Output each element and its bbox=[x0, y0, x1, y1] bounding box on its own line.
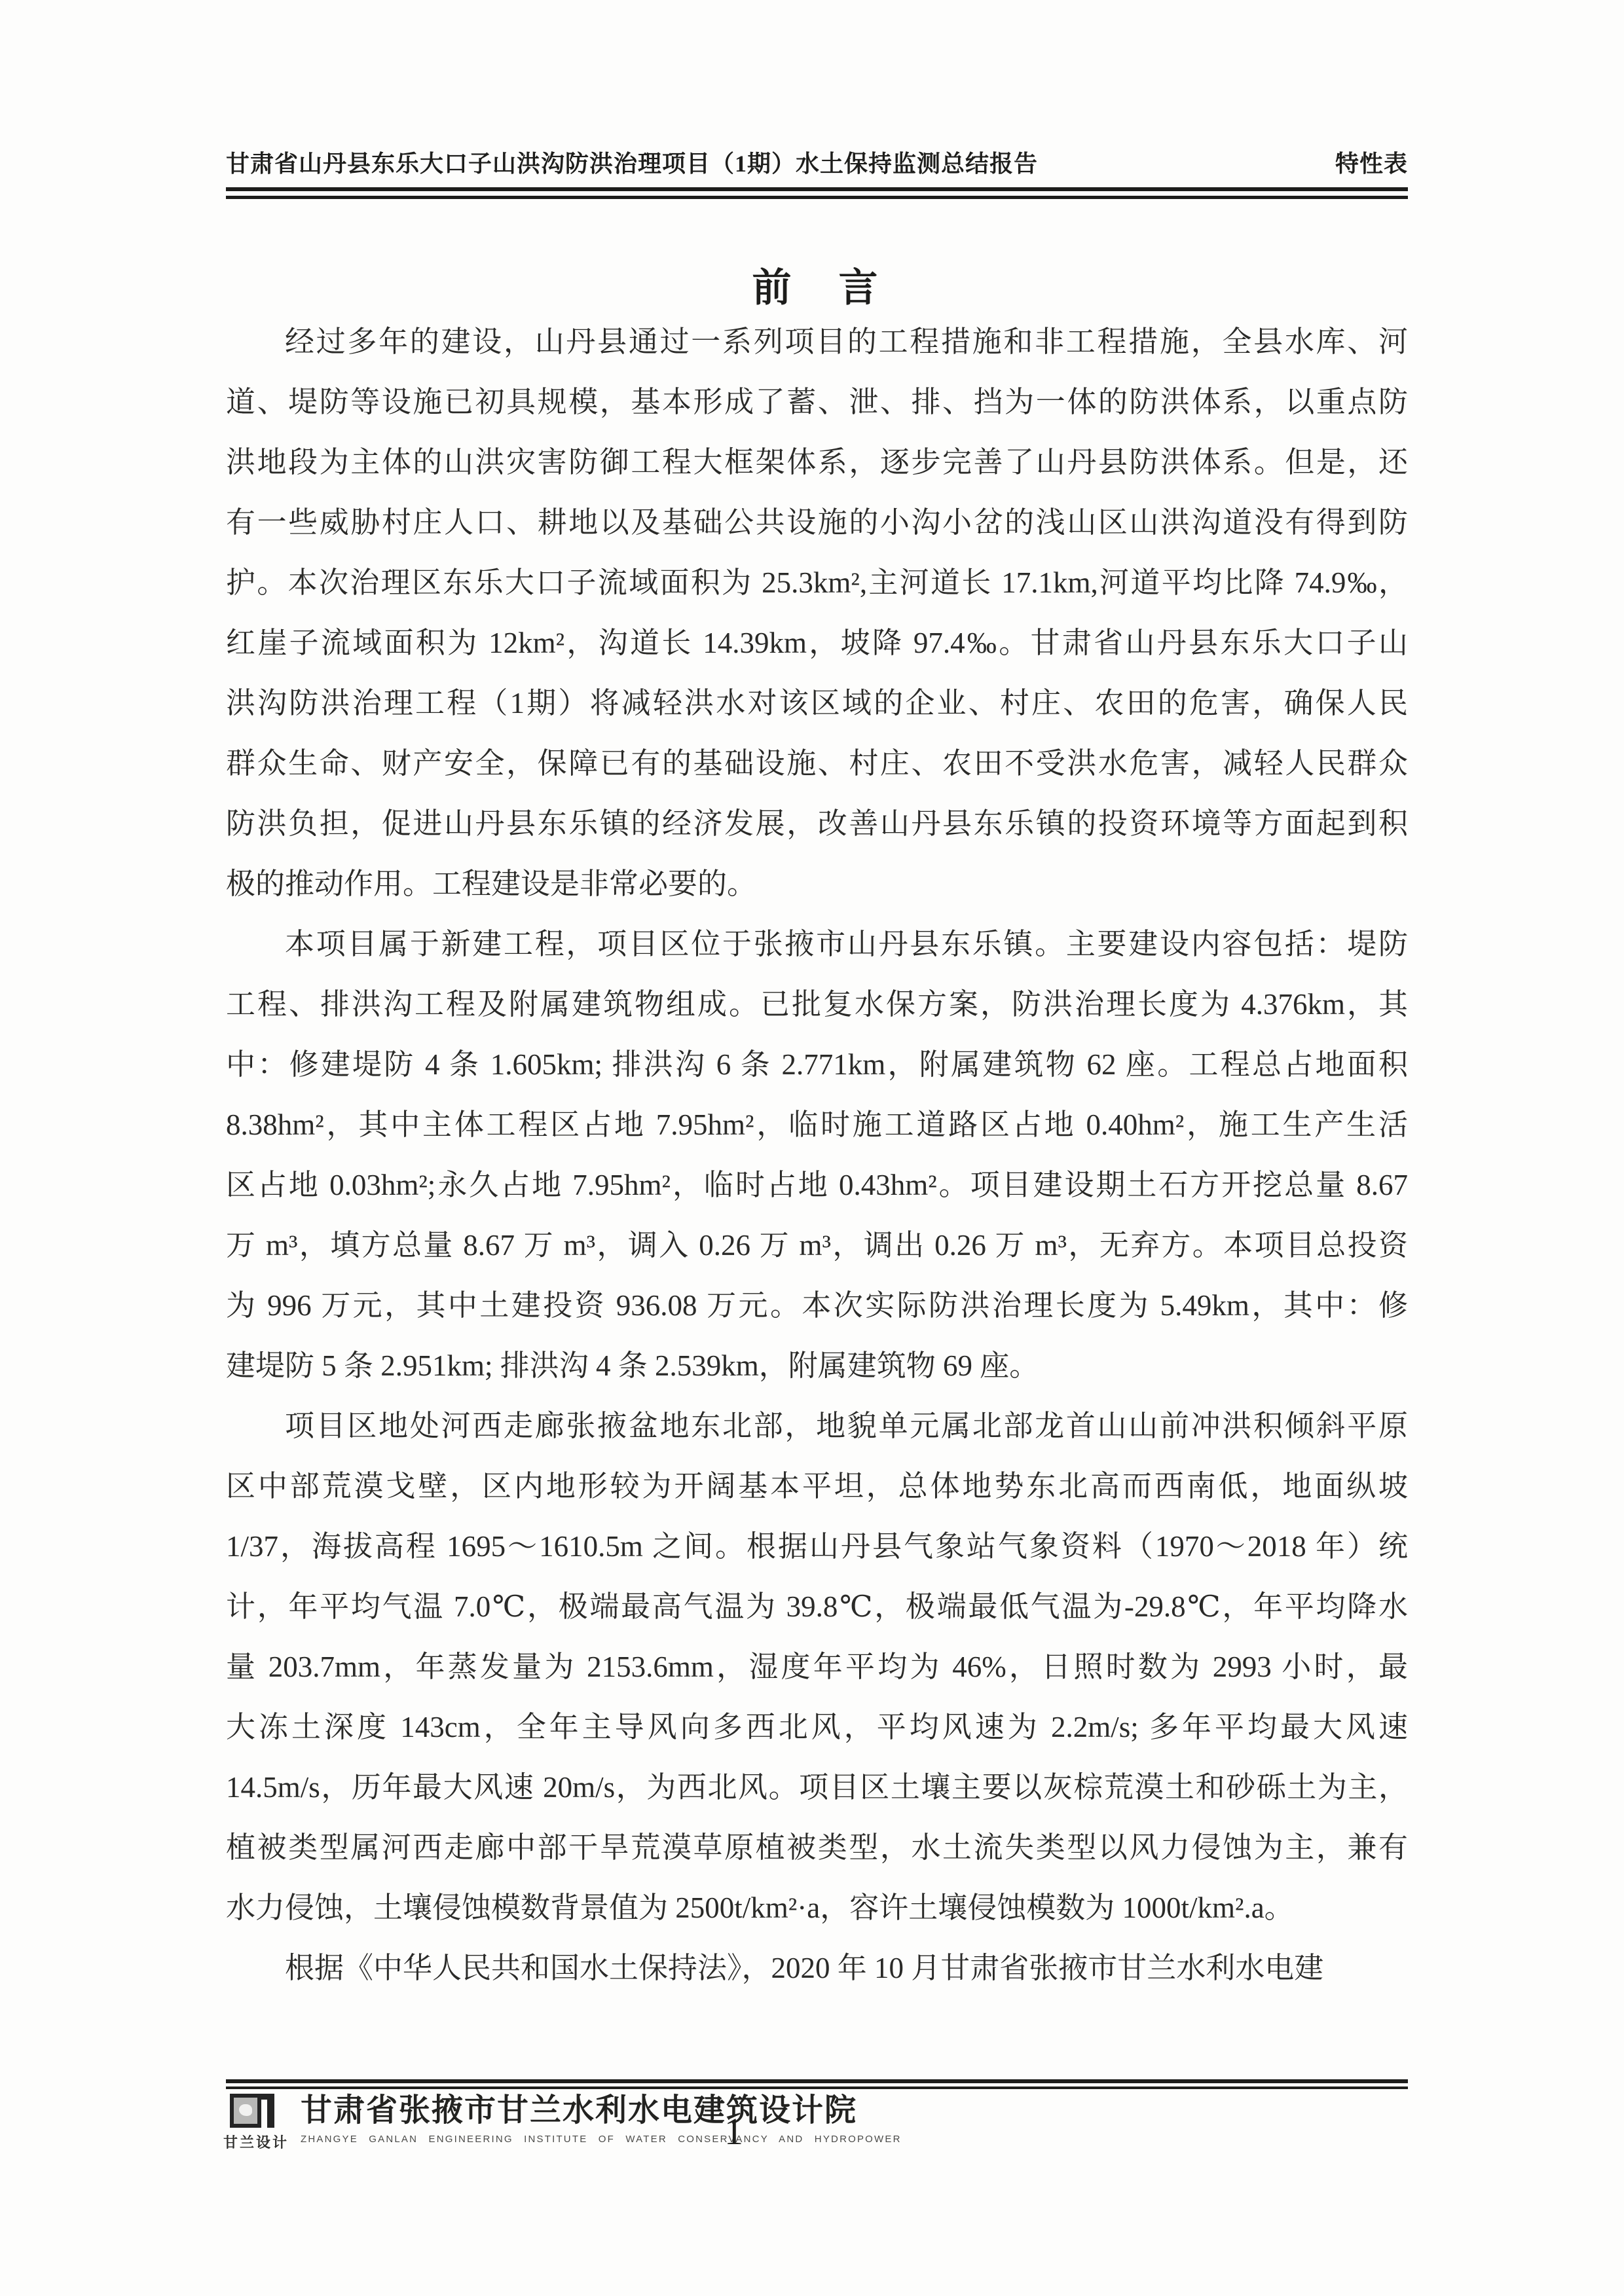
text-line: 项目区地处河西走廊张掖盆地东北部，地貌单元属北部龙首山山前冲洪积倾斜平原 bbox=[226, 1396, 1408, 1456]
header-report-title: 甘肃省山丹县东乐大口子山洪沟防洪治理项目（1期）水土保持监测总结报告 bbox=[226, 145, 1038, 179]
text-line: 建堤防 5 条 2.951km; 排洪沟 4 条 2.539km，附属建筑物 6… bbox=[226, 1336, 1408, 1396]
document-page: 甘肃省山丹县东乐大口子山洪沟防洪治理项目（1期）水土保持监测总结报告 特性表 前… bbox=[0, 0, 1624, 2296]
page-header: 甘肃省山丹县东乐大口子山洪沟防洪治理项目（1期）水土保持监测总结报告 特性表 bbox=[226, 145, 1408, 179]
text-line: 1/37，海拔高程 1695～1610.5m 之间。根据山丹县气象站气象资料（1… bbox=[226, 1516, 1408, 1576]
logo-inner-shape bbox=[239, 2104, 252, 2116]
logo-bar-shape bbox=[267, 2094, 274, 2128]
text-line: 根据《中华人民共和国水土保持法》，2020 年 10 月甘肃省张掖市甘兰水利水电… bbox=[226, 1938, 1408, 1998]
text-line: 14.5m/s，历年最大风速 20m/s，为西北风。项目区土壤主要以灰棕荒漠土和… bbox=[226, 1757, 1408, 1817]
text-line: 8.38hm²，其中主体工程区占地 7.95hm²，临时施工道路区占地 0.40… bbox=[226, 1095, 1408, 1155]
text-line: 万 m³，填方总量 8.67 万 m³，调入 0.26 万 m³，调出 0.26… bbox=[226, 1215, 1408, 1275]
text-line: 护。本次治理区东乐大口子流域面积为 25.3km²,主河道长 17.1km,河道… bbox=[226, 553, 1408, 613]
logo-square-shape bbox=[230, 2094, 261, 2128]
footer-logo-block: 甘兰设计 bbox=[226, 2094, 286, 2152]
footer-org-block: 甘肃省张掖市甘兰水利水电建筑设计院 ZHANGYE GANLAN ENGINEE… bbox=[301, 2094, 902, 2145]
text-line: 计，年平均气温 7.0℃，极端最高气温为 39.8℃，极端最低气温为-29.8℃… bbox=[226, 1576, 1408, 1637]
text-line: 有一些威胁村庄人口、耕地以及基础公共设施的小沟小岔的浅山区山洪沟道没有得到防 bbox=[226, 492, 1408, 553]
footer-org-name-en: ZHANGYE GANLAN ENGINEERING INSTITUTE OF … bbox=[301, 2134, 902, 2145]
page-footer: 甘兰设计 甘肃省张掖市甘兰水利水电建筑设计院 ZHANGYE GANLAN EN… bbox=[226, 2094, 902, 2152]
ganlan-logo-icon bbox=[230, 2094, 282, 2128]
text-line: 水力侵蚀，土壤侵蚀模数背景值为 2500t/km²·a，容许土壤侵蚀模数为 10… bbox=[226, 1878, 1408, 1938]
text-line: 大冻土深度 143cm，全年主导风向多西北风，平均风速为 2.2m/s; 多年平… bbox=[226, 1697, 1408, 1757]
text-line: 红崖子流域面积为 12km²，沟道长 14.39km，坡降 97.4‰。甘肃省山… bbox=[226, 613, 1408, 673]
footer-org-name-cn: 甘肃省张掖市甘兰水利水电建筑设计院 bbox=[301, 2094, 902, 2128]
text-line: 植被类型属河西走廊中部干旱荒漠草原植被类型，水土流失类型以风力侵蚀为主，兼有 bbox=[226, 1817, 1408, 1878]
logo-caption: 甘兰设计 bbox=[223, 2132, 289, 2152]
footer-double-rule bbox=[226, 2079, 1408, 2089]
text-line: 本项目属于新建工程，项目区位于张掖市山丹县东乐镇。主要建设内容包括：堤防 bbox=[226, 914, 1408, 974]
text-line: 工程、排洪沟工程及附属建筑物组成。已批复水保方案，防洪治理长度为 4.376km… bbox=[226, 974, 1408, 1034]
text-line: 中：修建堤防 4 条 1.605km; 排洪沟 6 条 2.771km，附属建筑… bbox=[226, 1034, 1408, 1095]
text-line: 区占地 0.03hm²;永久占地 7.95hm²，临时占地 0.43hm²。项目… bbox=[226, 1155, 1408, 1215]
text-line: 防洪负担，促进山丹县东乐镇的经济发展，改善山丹县东乐镇的投资环境等方面起到积 bbox=[226, 793, 1408, 854]
text-line: 区中部荒漠戈壁，区内地形较为开阔基本平坦，总体地势东北高而西南低，地面纵坡 bbox=[226, 1456, 1408, 1516]
text-line: 洪沟防洪治理工程（1期）将减轻洪水对该区域的企业、村庄、农田的危害，确保人民 bbox=[226, 673, 1408, 733]
header-double-rule bbox=[226, 187, 1408, 199]
text-line: 经过多年的建设，山丹县通过一系列项目的工程措施和非工程措施，全县水库、河 bbox=[226, 312, 1408, 372]
page-number: 1 bbox=[724, 2109, 743, 2153]
header-section-label: 特性表 bbox=[1335, 145, 1408, 179]
text-line: 为 996 万元，其中土建投资 936.08 万元。本次实际防洪治理长度为 5.… bbox=[226, 1275, 1408, 1336]
text-line: 量 203.7mm，年蒸发量为 2153.6mm，湿度年平均为 46%，日照时数… bbox=[226, 1637, 1408, 1697]
body-text: 经过多年的建设，山丹县通过一系列项目的工程措施和非工程措施，全县水库、河道、堤防… bbox=[226, 312, 1408, 1998]
text-line: 道、堤防等设施已初具规模，基本形成了蓄、泄、排、挡为一体的防洪体系，以重点防 bbox=[226, 372, 1408, 432]
text-line: 群众生命、财产安全，保障已有的基础设施、村庄、农田不受洪水危害，减轻人民群众 bbox=[226, 733, 1408, 793]
page-title: 前 言 bbox=[226, 257, 1408, 313]
text-line: 极的推动作用。工程建设是非常必要的。 bbox=[226, 854, 1408, 914]
text-line: 洪地段为主体的山洪灾害防御工程大框架体系，逐步完善了山丹县防洪体系。但是，还 bbox=[226, 432, 1408, 492]
